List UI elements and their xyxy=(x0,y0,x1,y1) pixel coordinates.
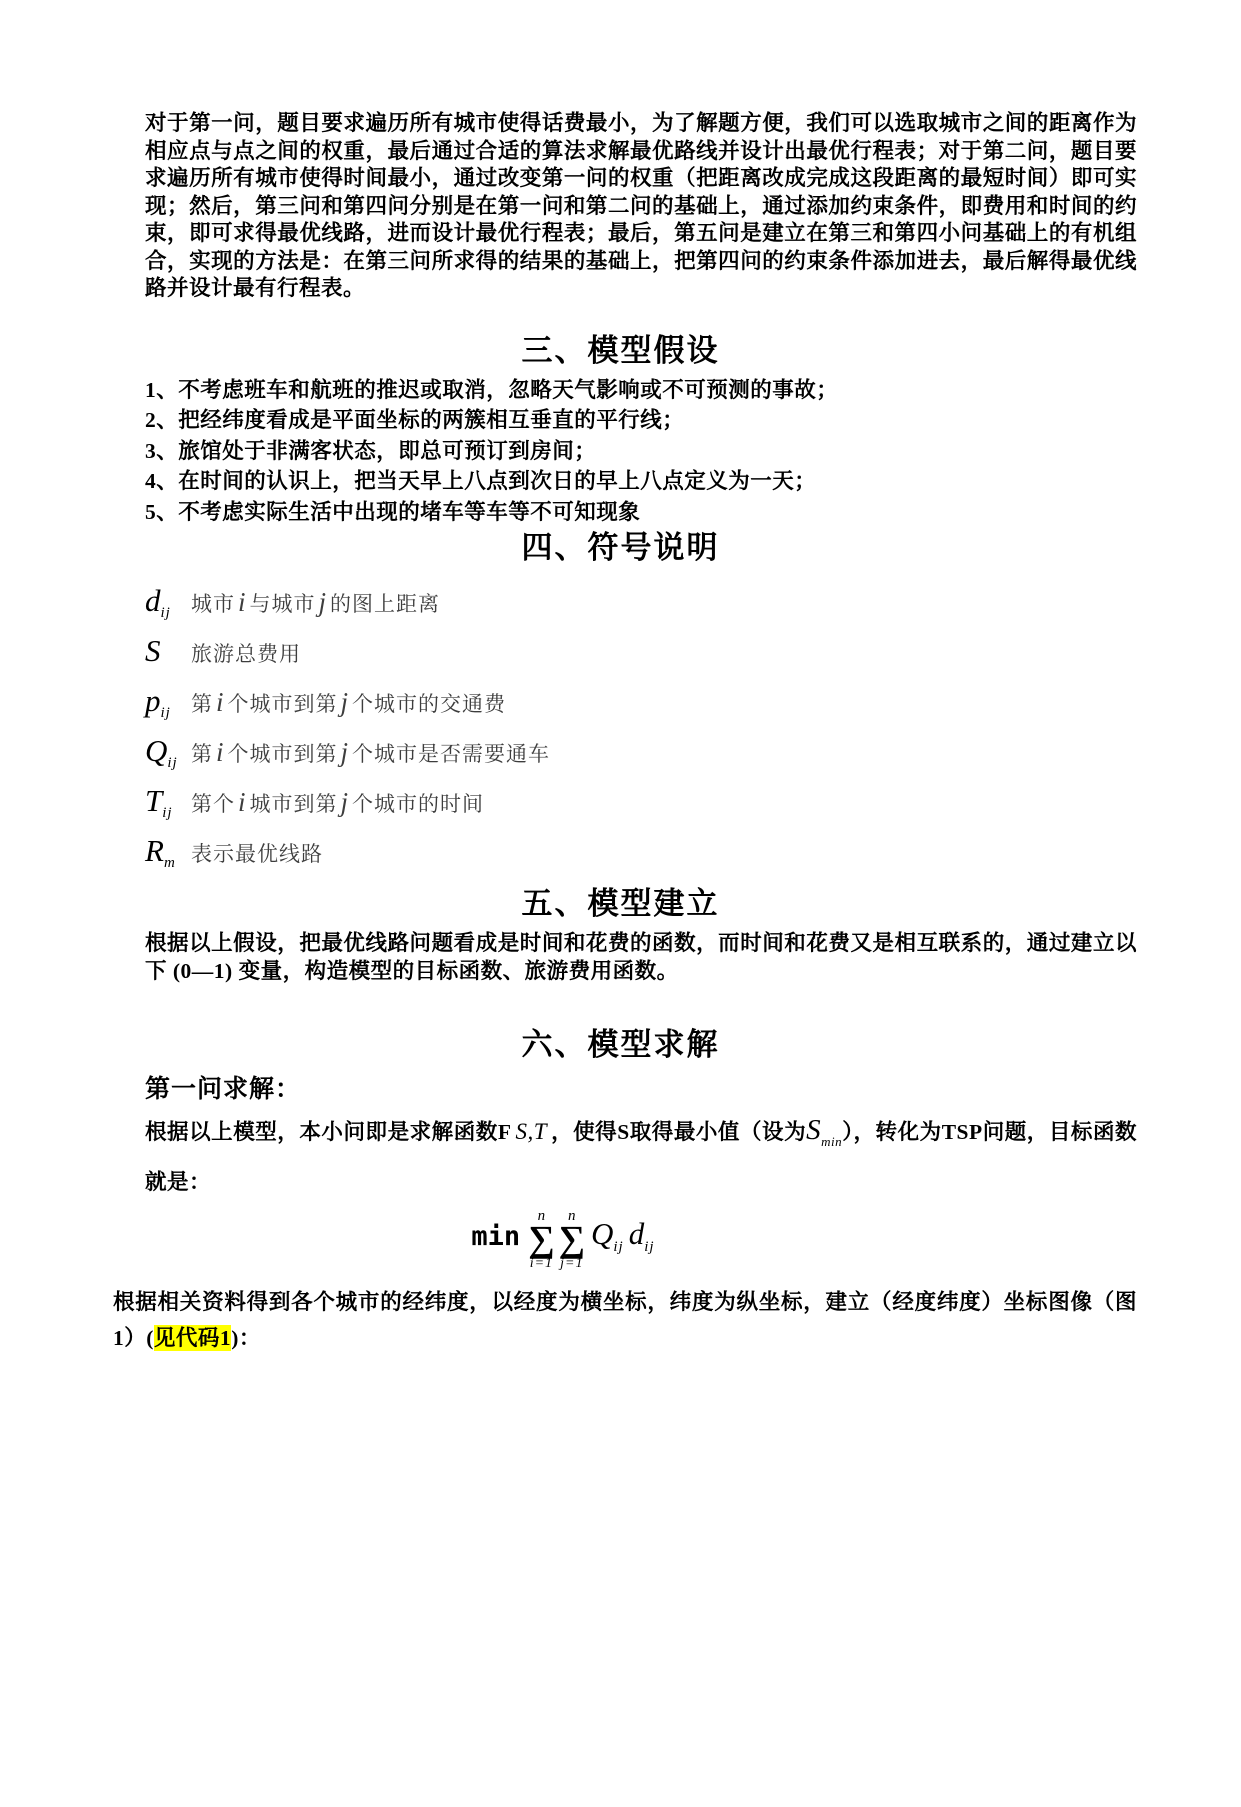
objective-function-formula: min n ∑ i=1 n ∑ j=1 Qijdij xyxy=(0,1204,1241,1276)
sigma-symbol: ∑ xyxy=(528,1223,554,1257)
symbol-s: S xyxy=(145,635,191,671)
desc-text: 个城市的时间 xyxy=(352,792,484,816)
symbol-subscript: ij xyxy=(161,705,171,721)
desc-text: 城市到第 xyxy=(250,792,338,816)
desc-text: 与城市 xyxy=(250,592,316,616)
subsection-heading-question1: 第一问求解： xyxy=(145,1069,1241,1105)
var-j: j xyxy=(338,787,353,817)
symbol-definition-row: Tij 第个i城市到第j个城市的时间 xyxy=(145,778,1241,828)
symbol-dij: dij xyxy=(145,585,191,621)
section-heading-model-solving: 六、模型求解 xyxy=(0,1027,1241,1063)
var-i: i xyxy=(213,687,228,717)
desc-text: 第个 xyxy=(191,792,235,816)
symbol-pij: pij xyxy=(145,685,191,721)
symbol-description: 第i个城市到第j个城市的交通费 xyxy=(191,688,506,718)
symbol-letter: R xyxy=(145,833,164,868)
symbol-letter: S xyxy=(145,633,161,668)
solution-text: ，使得S取得最小值（设为 xyxy=(551,1120,806,1144)
model-building-paragraph: 根据以上假设，把最优线路问题看成是时间和花费的函数，而时间和花费又是相互联系的，… xyxy=(145,930,1137,985)
assumption-item: 4、在时间的认识上，把当天早上八点到次日的早上八点定义为一天； xyxy=(145,466,1241,497)
function-variables: S,T xyxy=(511,1119,551,1144)
symbol-subscript: m xyxy=(164,855,176,871)
symbol-definition-row: dij 城市i与城市j的图上距离 xyxy=(145,578,1241,628)
inner-sum: n ∑ j=1 xyxy=(559,1210,585,1271)
symbol-definition-row: S 旅游总费用 xyxy=(145,628,1241,678)
symbol-qij: Qij xyxy=(145,735,191,771)
symbol-subscript: ij xyxy=(161,605,171,621)
desc-text: 旅游总费用 xyxy=(191,642,301,666)
assumption-item: 1、不考虑班车和航班的推迟或取消，忽略天气影响或不可预测的事故； xyxy=(145,375,1241,406)
var-d: d xyxy=(629,1216,645,1251)
solution-paragraph: 根据以上模型，本小问即是求解函数FS,T，使得S取得最小值（设为Smin），转化… xyxy=(145,1110,1137,1202)
document-page: 对于第一问，题目要求遍历所有城市使得话费最小，为了解题方便，我们可以选取城市之间… xyxy=(0,0,1241,1807)
desc-text: 第 xyxy=(191,742,213,766)
desc-text: 个城市的交通费 xyxy=(352,692,506,716)
d-subscript: ij xyxy=(644,1239,654,1255)
symbol-description: 第i个城市到第j个城市是否需要通车 xyxy=(191,738,550,768)
symbol-subscript: min xyxy=(821,1134,842,1149)
s-min-symbol: Smin xyxy=(806,1114,842,1146)
desc-text: 第 xyxy=(191,692,213,716)
summand-term: Qijdij xyxy=(591,1216,660,1256)
var-i: i xyxy=(213,737,228,767)
symbol-description: 旅游总费用 xyxy=(191,638,301,668)
symbols-table: dij 城市i与城市j的图上距离 S 旅游总费用 pij 第i个城市到第j个城市… xyxy=(145,578,1241,878)
symbol-subscript: ij xyxy=(167,755,177,771)
symbol-description: 第个i城市到第j个城市的时间 xyxy=(191,788,484,818)
section-heading-symbol-description: 四、符号说明 xyxy=(0,530,1241,566)
var-i: i xyxy=(235,787,250,817)
desc-text: 个城市是否需要通车 xyxy=(352,742,550,766)
desc-text: 表示最优线路 xyxy=(191,842,323,866)
closing-text: 根据相关资料得到各个城市的经纬度，以经度为横坐标，纬度为纵坐标，建立（经度纬度）… xyxy=(113,1290,1137,1350)
solution-text: 根据以上模型，本小问即是求解函数F xyxy=(145,1120,511,1144)
intro-paragraph: 对于第一问，题目要求遍历所有城市使得话费最小，为了解题方便，我们可以选取城市之间… xyxy=(145,0,1137,303)
symbol-tij: Tij xyxy=(145,785,191,821)
outer-sum: n ∑ i=1 xyxy=(528,1210,554,1271)
section-heading-model-building: 五、模型建立 xyxy=(0,886,1241,922)
assumption-item: 2、把经纬度看成是平面坐标的两簇相互垂直的平行线； xyxy=(145,405,1241,436)
min-operator: min xyxy=(471,1221,520,1252)
see-code-highlight: 见代码1 xyxy=(154,1325,231,1351)
var-j: j xyxy=(338,687,353,717)
sigma-symbol: ∑ xyxy=(559,1223,585,1257)
symbol-description: 城市i与城市j的图上距离 xyxy=(191,588,440,618)
symbol-rm: Rm xyxy=(145,835,191,871)
assumption-item: 3、旅馆处于非满客状态，即总可预订到房间； xyxy=(145,436,1241,467)
var-q: Q xyxy=(591,1216,613,1251)
assumption-item: 5、不考虑实际生活中出现的堵车等车等不可知现象 xyxy=(145,497,1241,528)
var-j: j xyxy=(316,587,331,617)
desc-text: 个城市到第 xyxy=(228,742,338,766)
symbol-letter: d xyxy=(145,583,161,618)
closing-text: )： xyxy=(231,1326,261,1350)
sum-lower-limit: i=1 xyxy=(530,1257,553,1271)
section-heading-model-assumptions: 三、模型假设 xyxy=(0,333,1241,369)
q-subscript: ij xyxy=(613,1239,623,1255)
symbol-letter: p xyxy=(145,683,161,718)
closing-paragraph: 根据相关资料得到各个城市的经纬度，以经度为横坐标，纬度为纵坐标，建立（经度纬度）… xyxy=(113,1284,1137,1356)
var-j: j xyxy=(338,737,353,767)
desc-text: 城市 xyxy=(191,592,235,616)
sum-lower-limit: j=1 xyxy=(560,1257,583,1271)
symbol-definition-row: pij 第i个城市到第j个城市的交通费 xyxy=(145,678,1241,728)
var-i: i xyxy=(235,587,250,617)
desc-text: 的图上距离 xyxy=(330,592,440,616)
symbol-definition-row: Qij 第i个城市到第j个城市是否需要通车 xyxy=(145,728,1241,778)
desc-text: 个城市到第 xyxy=(228,692,338,716)
symbol-subscript: ij xyxy=(162,805,172,821)
symbol-description: 表示最优线路 xyxy=(191,838,323,868)
symbol-letter: Q xyxy=(145,733,167,768)
assumptions-list: 1、不考虑班车和航班的推迟或取消，忽略天气影响或不可预测的事故； 2、把经纬度看… xyxy=(145,375,1241,528)
symbol-letter: S xyxy=(806,1114,821,1146)
symbol-definition-row: Rm 表示最优线路 xyxy=(145,828,1241,878)
symbol-letter: T xyxy=(145,783,162,818)
